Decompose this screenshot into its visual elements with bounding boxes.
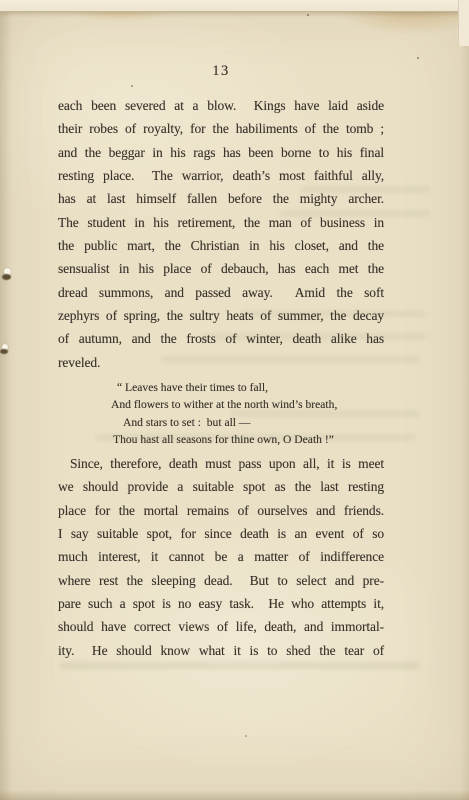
scanned-book-page: 13 each been severed at a blow. Kings ha… — [0, 0, 469, 800]
text-line: resting place. The warrior, death’s most… — [58, 164, 384, 187]
poem-line: “ Leaves have their times to fall, — [111, 379, 384, 397]
text-line: and the beggar in his rags has been born… — [58, 141, 384, 164]
paper-speck — [131, 85, 133, 87]
text-line: of autumn, and the frosts of winter, dea… — [58, 327, 384, 350]
binding-hole-shadow — [2, 274, 11, 280]
text-line: should have correct views of life, death… — [58, 615, 384, 638]
paragraph: each been severed at a blow. Kings have … — [58, 94, 384, 374]
text-line: sensualist in his place of debauch, has … — [58, 257, 384, 280]
text-line: place for the mortal remains of ourselve… — [58, 499, 384, 522]
paper-speck — [245, 735, 247, 737]
text-line: the public mart, the Christian in his cl… — [58, 234, 384, 257]
poem-line: And flowers to wither at the north wind’… — [111, 396, 384, 414]
text-line: their robes of royalty, for the habilime… — [58, 117, 384, 140]
text-line: pare such a spot is no easy task. He who… — [58, 592, 384, 615]
text-line: has at last himself fallen before the mi… — [58, 187, 384, 210]
paper-speck — [307, 14, 309, 16]
page-top-edge — [0, 0, 469, 12]
underlying-page-corner — [458, 0, 469, 46]
paragraph: Since, therefore, death must pass upon a… — [58, 452, 384, 662]
text-line: I say suitable spot, for since death is … — [58, 522, 384, 545]
text-line: Since, therefore, death must pass upon a… — [58, 452, 384, 475]
text-line: The student in his retirement, the man o… — [58, 211, 384, 234]
body-text: each been severed at a blow. Kings have … — [58, 94, 384, 662]
poem-quote: “ Leaves have their times to fall, And f… — [58, 379, 384, 449]
text-line: much interest, it cannot be a matter of … — [58, 545, 384, 568]
showthrough-mark — [60, 662, 420, 669]
poem-line: And stars to set : but all — — [111, 414, 384, 432]
text-line: where rest the sleeping dead. But to sel… — [58, 569, 384, 592]
text-line: dread summons, and passed away. Amid the… — [58, 281, 384, 304]
text-line: ity. He should know what it is to shed t… — [58, 639, 384, 662]
text-line: each been severed at a blow. Kings have … — [58, 94, 384, 117]
page-number: 13 — [58, 63, 384, 80]
text-line: reveled. — [58, 351, 384, 374]
poem-line: Thou hast all seasons for thine own, O D… — [111, 431, 384, 449]
text-line: zephyrs of spring, the sultry heats of s… — [58, 304, 384, 327]
binding-hole-shadow — [0, 349, 8, 354]
paper-speck — [417, 57, 419, 59]
text-line: we should provide a suitable spot as the… — [58, 475, 384, 498]
